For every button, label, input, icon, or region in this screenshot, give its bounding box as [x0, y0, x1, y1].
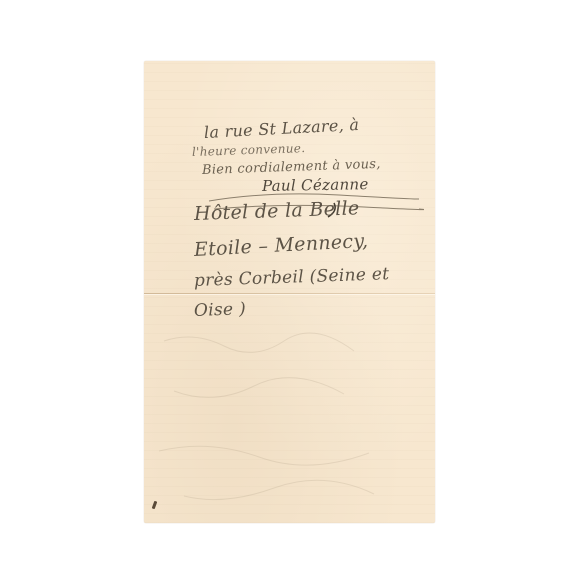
line-7: près Corbeil (Seine et — [194, 264, 390, 291]
letter-text-layer: la rue St Lazare, à l'heure convenue. Bi… — [144, 61, 435, 523]
line-8: Oise ) — [194, 299, 247, 321]
signature: Paul Cézanne — [262, 175, 369, 195]
line-6: Etoile – Mennecy, — [193, 230, 368, 261]
line-5: Hôtel de la Belle — [194, 197, 360, 225]
line-2: l'heure convenue. — [192, 141, 306, 159]
line-1: la rue St Lazare, à — [204, 115, 360, 142]
